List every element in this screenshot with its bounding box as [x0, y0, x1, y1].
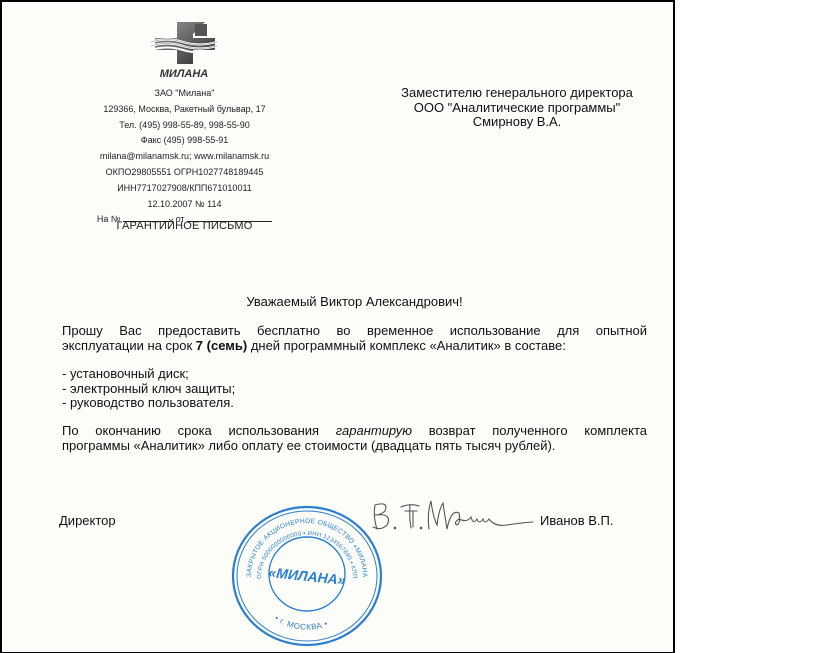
company-address: 129366, Москва, Ракетный бульвар, 17 [77, 102, 292, 118]
guarantee-line-1-pre: По окончанию срока использования [62, 423, 336, 438]
letter-date-number: 12.10.2007 № 114 [77, 197, 292, 213]
request-line-1: Прошу Вас предоставить бесплатно во врем… [62, 324, 647, 339]
handwritten-signature [367, 495, 537, 540]
letter-type-heading: ГАРАНТИЙНОЕ ПИСЬМО [77, 220, 292, 232]
package-contents-list: - установочный диск; - электронный ключ … [62, 367, 235, 411]
recipient-position: Заместителю генерального директора [377, 86, 657, 101]
svg-text:• г. МОСКВА •: • г. МОСКВА • [273, 614, 329, 632]
signatory-title: Директор [59, 513, 116, 528]
company-phone: Тел. (495) 998-55-89, 998-55-90 [77, 118, 292, 134]
stamp-center-text: «МИЛАНА» [268, 564, 347, 588]
company-codes-inn: ИНН7717027908/КПП671010011 [77, 181, 292, 197]
company-logo: МИЛАНА [147, 20, 222, 80]
signatory-name: Иванов В.П. [540, 513, 614, 528]
milana-cross-icon: МИЛАНА [147, 20, 222, 80]
company-details: ЗАО "Милана" 129366, Москва, Ракетный бу… [77, 86, 292, 228]
term-days: 7 (семь) [196, 338, 247, 353]
letter-page: МИЛАНА ЗАО "Милана" 129366, Москва, Раке… [0, 0, 675, 653]
company-codes-okpo: ОКПО29805551 ОГРН1027748189445 [77, 165, 292, 181]
guarantee-word: гарантирую [336, 423, 412, 438]
recipient-name: Смирнову В.А. [377, 115, 657, 130]
list-item: - руководство пользователя. [62, 396, 235, 411]
company-stamp: ЗАКРЫТОЕ АКЦИОНЕРНОЕ ОБЩЕСТВО «МИЛАНА» •… [231, 505, 383, 648]
stamp-city: • г. МОСКВА • [273, 614, 329, 632]
svg-text:МИЛАНА: МИЛАНА [160, 68, 209, 80]
company-web: milana@milanamsk.ru; www.milanamsk.ru [77, 149, 292, 165]
greeting: Уважаемый Виктор Александрович! [62, 294, 647, 309]
guarantee-paragraph: По окончанию срока использования гаранти… [62, 424, 647, 453]
request-paragraph: Прошу Вас предоставить бесплатно во врем… [62, 324, 647, 353]
guarantee-line-1-post: возврат полученного комплекта [412, 423, 647, 438]
request-line-2-pre: эксплуатации на срок [62, 338, 196, 353]
company-name: ЗАО "Милана" [77, 86, 292, 102]
request-line-2-post: дней программный комплекс «Аналитик» в с… [247, 338, 566, 353]
guarantee-line-1: По окончанию срока использования гаранти… [62, 424, 647, 439]
recipient-company: ООО "Аналитические программы" [377, 101, 657, 116]
company-fax: Факс (495) 998-55-91 [77, 133, 292, 149]
stamp-seal-icon: ЗАКРЫТОЕ АКЦИОНЕРНОЕ ОБЩЕСТВО «МИЛАНА» •… [231, 505, 383, 648]
list-item: - установочный диск; [62, 367, 235, 382]
recipient-block: Заместителю генерального директора ООО "… [377, 86, 657, 130]
guarantee-line-2: программы «Аналитик» либо оплату ее стои… [62, 438, 555, 453]
list-item: - электронный ключ защиты; [62, 382, 235, 397]
signature-icon [367, 495, 537, 540]
